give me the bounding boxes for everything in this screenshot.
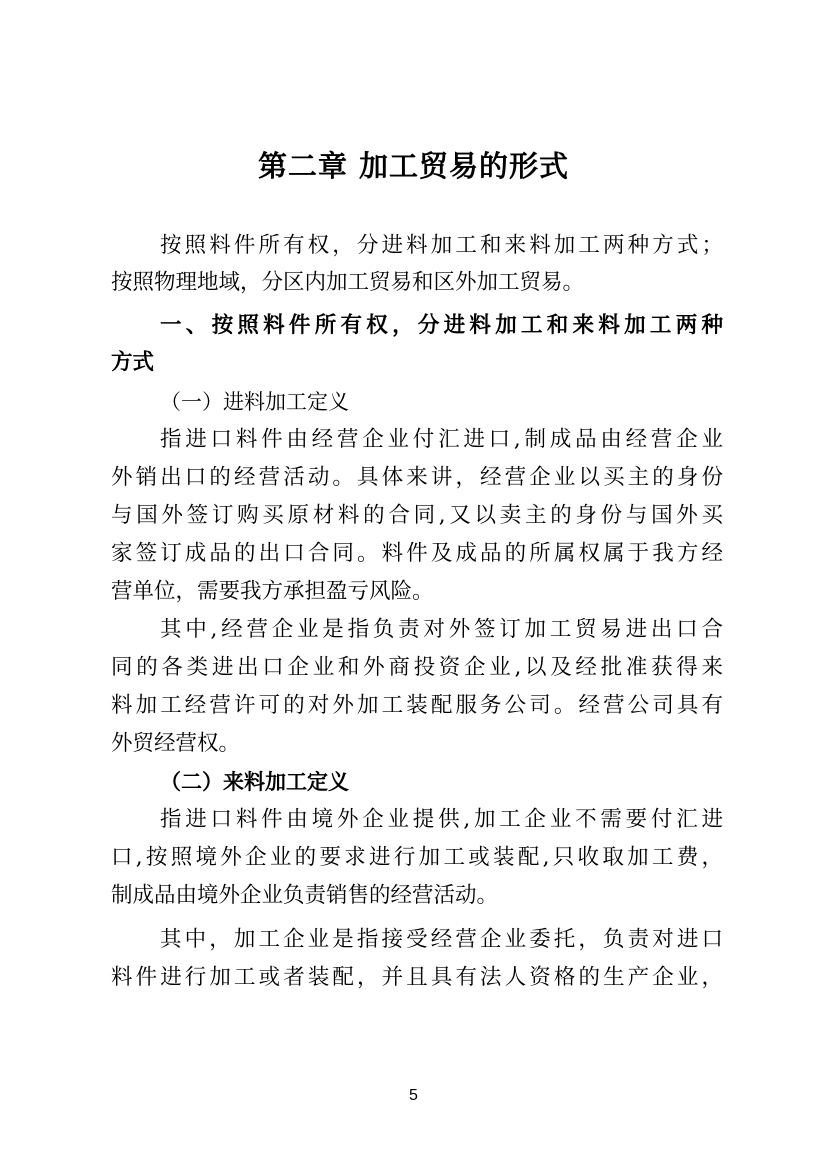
document-page: 第二章 加工贸易的形式 按照料件所有权，分进料加工和来料加工两种方式； 按照物理…: [0, 0, 827, 1170]
intro-line-1: 按照料件所有权，分进料加工和来料加工两种方式；: [160, 231, 723, 261]
sub1-para2-line-2: 同的各类进出口企业和外商投资企业,以及经批准获得来: [111, 653, 723, 683]
sub1-para2-line-3: 料加工经营许可的对外加工装配服务公司。经营公司具有: [111, 691, 723, 721]
sub2-para1-line-2: 口,按照境外企业的要求进行加工或装配,只收取加工费，: [111, 843, 723, 873]
subsection-heading-1: （一）进料加工定义: [160, 387, 723, 417]
page-number: 5: [0, 1086, 827, 1106]
chapter-title: 第二章 加工贸易的形式: [0, 146, 827, 186]
sub1-para1-line-1: 指进口料件由经营企业付汇进口,制成品由经营企业: [160, 425, 723, 455]
sub1-para1-line-3: 与国外签订购买原材料的合同,又以卖主的身份与国外买: [111, 501, 723, 531]
sub1-para1-line-4: 家签订成品的出口合同。料件及成品的所属权属于我方经: [111, 539, 723, 569]
sub1-para1-line-2: 外销出口的经营活动。具体来讲，经营企业以买主的身份: [111, 463, 723, 493]
sub2-para2-line-1: 其中，加工企业是指接受经营企业委托，负责对进口: [160, 925, 723, 955]
sub2-para2-line-2: 料件进行加工或者装配，并且具有法人资格的生产企业，: [111, 963, 723, 993]
sub1-para2-line-1: 其中,经营企业是指负责对外签订加工贸易进出口合: [160, 615, 723, 645]
subsection-heading-2: （二）来料加工定义: [160, 767, 723, 797]
sub1-para2-line-4: 外贸经营权。: [111, 729, 723, 759]
section-heading-line-2: 方式: [111, 348, 723, 378]
section-heading-line-1: 一、按照料件所有权，分进料加工和来料加工两种: [160, 311, 723, 341]
sub2-para1-line-1: 指进口料件由境外企业提供,加工企业不需要付汇进: [160, 805, 723, 835]
intro-line-2: 按照物理地域，分区内加工贸易和区外加工贸易。: [111, 268, 723, 298]
sub2-para1-line-3: 制成品由境外企业负责销售的经营活动。: [111, 881, 723, 911]
sub1-para1-line-5: 营单位，需要我方承担盈亏风险。: [111, 577, 723, 607]
